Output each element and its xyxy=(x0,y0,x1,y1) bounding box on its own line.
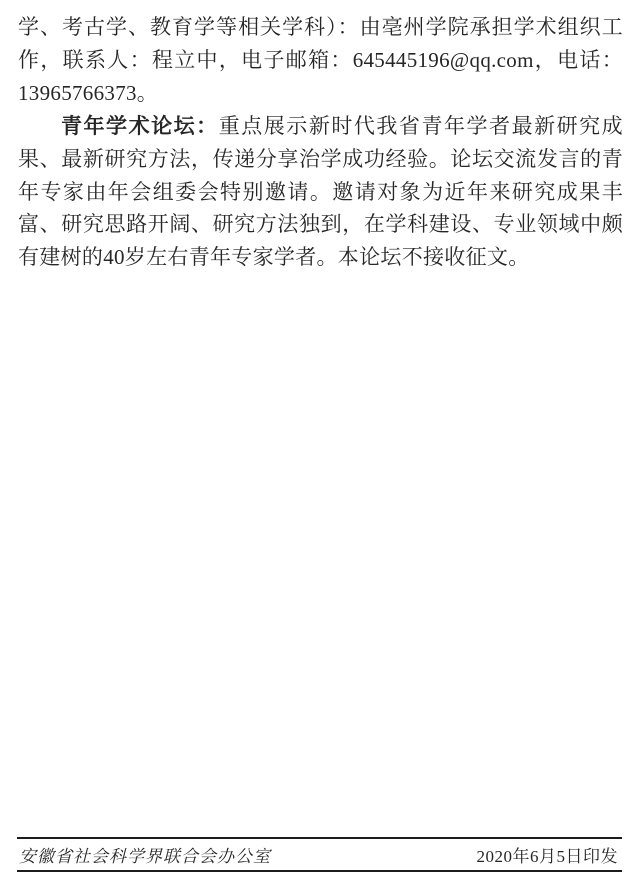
paragraph2-line-4: 富、研究思路开阔、研究方法独到，在学科建设、专业领域中颇 xyxy=(18,208,623,241)
paragraph2-line-1: 青年学术论坛：重点展示新时代我省青年学者最新研究成 xyxy=(18,110,623,143)
document-footer: 安徽省社会科学界联合会办公室 2020年6月5日印发 xyxy=(17,837,622,872)
paragraph2-line-2: 果、最新研究方法，传递分享治学成功经验。论坛交流发言的青 xyxy=(18,143,623,176)
print-date-label: 2020年6月5日印发 xyxy=(477,842,623,867)
paragraph2-line-1-rest: 重点展示新时代我省青年学者最新研究成 xyxy=(219,114,623,138)
paragraph2-line-5: 有建树的40岁左右青年专家学者。本论坛不接收征文。 xyxy=(18,241,623,274)
document-text-block: 学、考古学、教育学等相关学科）：由亳州学院承担学术组织工 作，联系人：程立中，电… xyxy=(18,11,623,274)
document-page: 学、考古学、教育学等相关学科）：由亳州学院承担学术组织工 作，联系人：程立中，电… xyxy=(0,0,640,889)
paragraph1-line-3-phone: 13965766373。 xyxy=(18,77,623,110)
paragraph1-line-2: 作，联系人：程立中，电子邮箱：645445196@qq.com，电话： xyxy=(18,44,623,77)
paragraph2-line-3: 年专家由年会组委会特别邀请。邀请对象为近年来研究成果丰 xyxy=(18,176,623,209)
youth-forum-heading: 青年学术论坛： xyxy=(61,114,219,138)
paragraph1-line-1: 学、考古学、教育学等相关学科）：由亳州学院承担学术组织工 xyxy=(18,11,623,44)
issuing-office-label: 安徽省社会科学界联合会办公室 xyxy=(17,842,271,867)
